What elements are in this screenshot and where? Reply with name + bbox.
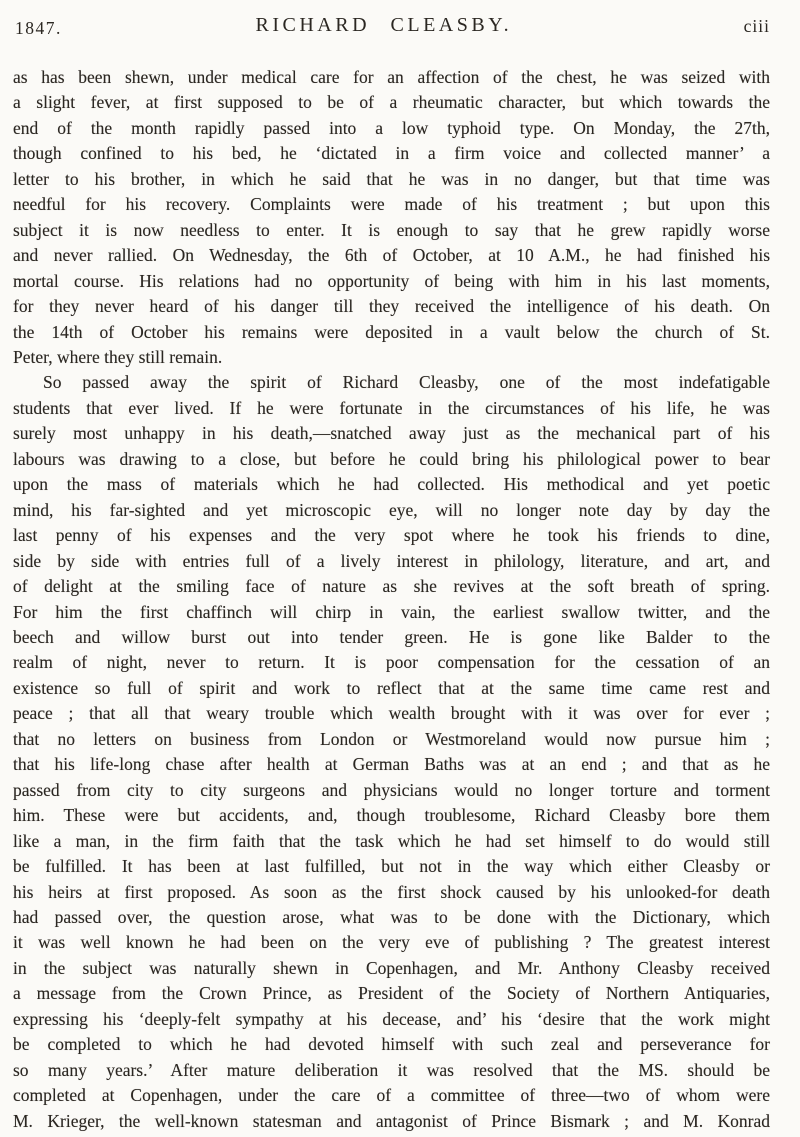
- text-line: Peter, where they still remain.: [13, 345, 770, 370]
- text-line: it was well known he had been on the ver…: [13, 930, 770, 955]
- text-line: in the subject was naturally shewn in Co…: [13, 956, 770, 981]
- paragraph-1: as has been shewn, under medical care fo…: [13, 65, 770, 370]
- text-line: be fulfilled. It has been at last fulfil…: [13, 854, 770, 879]
- text-line: labours was drawing to a close, but befo…: [13, 447, 770, 472]
- text-line: passed from city to city surgeons and ph…: [13, 778, 770, 803]
- text-line: For him the first chaffinch will chirp i…: [13, 600, 770, 625]
- paragraph-2: So passed away the spirit of Richard Cle…: [13, 370, 770, 1134]
- text-line: that no letters on business from London …: [13, 727, 770, 752]
- text-line: had passed over, the question arose, wha…: [13, 905, 770, 930]
- text-line: upon the mass of materials which he had …: [13, 472, 770, 497]
- text-line: the 14th of October his remains were dep…: [13, 320, 770, 345]
- text-line: mind, his far-sighted and yet microscopi…: [13, 498, 770, 523]
- page-year: 1847.: [15, 18, 62, 39]
- text-line: So passed away the spirit of Richard Cle…: [13, 370, 770, 395]
- text-line: as has been shewn, under medical care fo…: [13, 65, 770, 90]
- text-line: of delight at the smiling face of nature…: [13, 574, 770, 599]
- text-line: so many years.’ After mature deliberatio…: [13, 1058, 770, 1083]
- body-text: as has been shewn, under medical care fo…: [13, 65, 770, 1134]
- text-line: though confined to his bed, he ‘dictated…: [13, 141, 770, 166]
- text-line: beech and willow burst out into tender g…: [13, 625, 770, 650]
- text-line: end of the month rapidly passed into a l…: [13, 116, 770, 141]
- text-line: him. These were but accidents, and, thou…: [13, 803, 770, 828]
- text-line: that his life-long chase after health at…: [13, 752, 770, 777]
- text-line: like a man, in the firm faith that the t…: [13, 829, 770, 854]
- text-line: peace ; that all that weary trouble whic…: [13, 701, 770, 726]
- book-page: 1847. RICHARD CLEASBY. ciii as has been …: [0, 0, 800, 1137]
- text-line: existence so full of spirit and work to …: [13, 676, 770, 701]
- text-line: a message from the Crown Prince, as Pres…: [13, 981, 770, 1006]
- text-line: be completed to which he had devoted him…: [13, 1032, 770, 1057]
- text-line: surely most unhappy in his death,—snatch…: [13, 421, 770, 446]
- text-line: students that ever lived. If he were for…: [13, 396, 770, 421]
- text-line: realm of night, never to return. It is p…: [13, 650, 770, 675]
- text-line: side by side with entries full of a live…: [13, 549, 770, 574]
- text-line: for they never heard of his danger till …: [13, 294, 770, 319]
- text-line: subject it is now needless to enter. It …: [13, 218, 770, 243]
- text-line: expressing his ‘deeply-felt sympathy at …: [13, 1007, 770, 1032]
- text-line: M. Krieger, the well-known statesman and…: [13, 1109, 770, 1134]
- running-title: RICHARD CLEASBY.: [256, 14, 513, 37]
- text-line: letter to his brother, in which he said …: [13, 167, 770, 192]
- text-line: last penny of his expenses and the very …: [13, 523, 770, 548]
- text-line: his heirs at first proposed. As soon as …: [13, 880, 770, 905]
- text-line: needful for his recovery. Complaints wer…: [13, 192, 770, 217]
- text-line: a slight fever, at first supposed to be …: [13, 90, 770, 115]
- running-head: 1847. RICHARD CLEASBY. ciii: [13, 14, 770, 44]
- text-line: and never rallied. On Wednesday, the 6th…: [13, 243, 770, 268]
- page-number: ciii: [744, 16, 770, 37]
- text-line: completed at Copenhagen, under the care …: [13, 1083, 770, 1108]
- text-line: mortal course. His relations had no oppo…: [13, 269, 770, 294]
